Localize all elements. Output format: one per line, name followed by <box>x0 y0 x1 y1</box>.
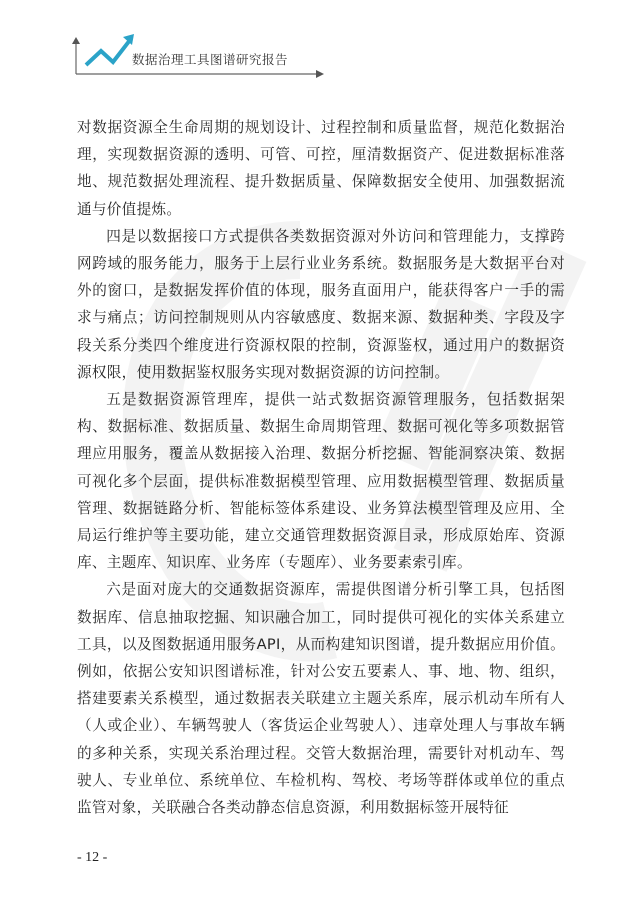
paragraph-governance-intro: 对数据资源全生命周期的规划设计、过程控制和质量监督，规范化数据治理，实现数据资源… <box>77 114 565 223</box>
paragraph-resource-management: 五是数据资源管理库，提供一站式数据资源管理服务，包括数据架构、数据标准、数据质量… <box>77 386 565 576</box>
page-number: - 12 - <box>77 850 107 866</box>
document-body: 对数据资源全生命周期的规划设计、过程控制和质量监督，规范化数据治理，实现数据资源… <box>77 114 565 821</box>
page-header: 数据治理工具图谱研究报告 <box>68 34 328 78</box>
paragraph-graph-analysis: 六是面对庞大的交通数据资源库，需提供图谱分析引擎工具，包括图数据库、信息抽取挖掘… <box>77 576 565 821</box>
report-title: 数据治理工具图谱研究报告 <box>132 50 288 68</box>
paragraph-data-interface: 四是以数据接口方式提供各类数据资源对外访问和管理能力，支撑跨网跨域的服务能力，服… <box>77 223 565 386</box>
